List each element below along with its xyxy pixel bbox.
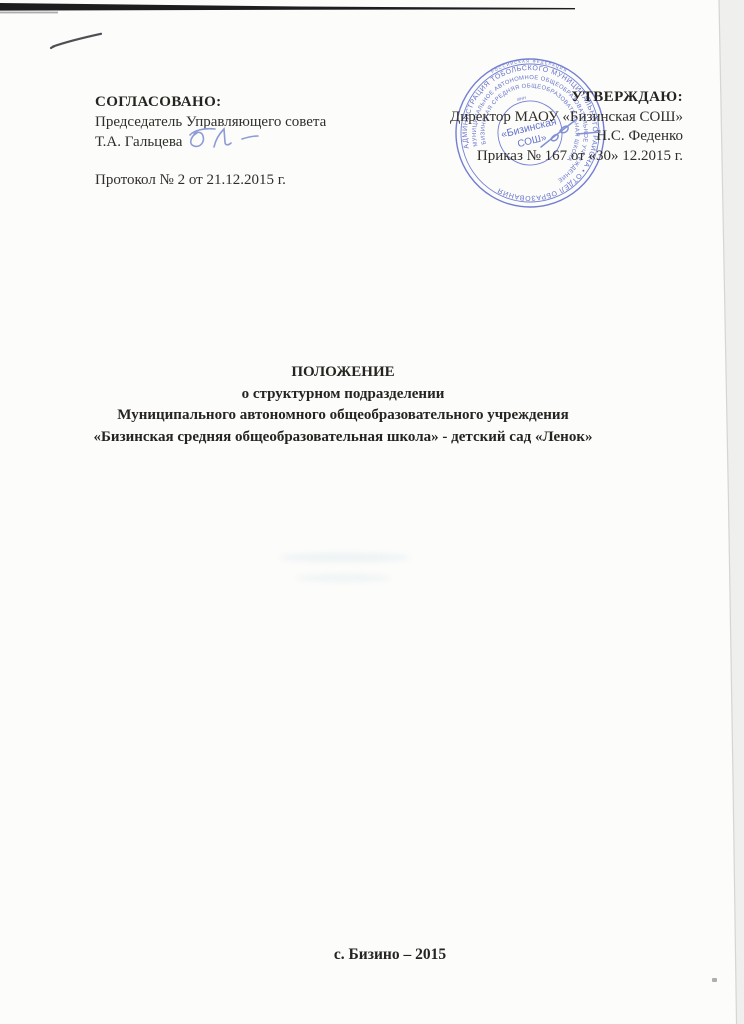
approval-role: Директор МАОУ «Бизинская СОШ» (353, 108, 683, 128)
approval-heading: УТВЕРЖДАЮ: (353, 88, 683, 108)
title-subtitle-1: о структурном подразделении (40, 384, 646, 406)
document-page: РОССИЙСКАЯ ФЕДЕРАЦИЯ АДМИНИСТРАЦИЯ ТОБОЛ… (0, 0, 744, 1024)
order-line: Приказ № 167 от «30» 12.2015 г. (353, 147, 683, 167)
paper-right-edge (719, 0, 737, 1024)
title-subtitle-2: Муниципального автономного общеобразоват… (40, 405, 646, 427)
place-year-line: с. Бизино – 2015 (240, 946, 540, 964)
protocol-line: Протокол № 2 от 21.12.2015 г. (95, 172, 286, 189)
dust-speck (712, 978, 717, 982)
approval-signatory-name: Н.С. Феденко (353, 127, 683, 147)
document-title-block: ПОЛОЖЕНИЕ о структурном подразделении Му… (40, 362, 646, 448)
ink-bleed-smudge (296, 574, 391, 582)
paper-right-edge-shadow (719, 0, 744, 1024)
pen-mark (51, 34, 101, 48)
approval-block: УТВЕРЖДАЮ: Директор МАОУ «Бизинская СОШ»… (353, 88, 683, 166)
ink-bleed-smudge (280, 553, 410, 562)
title-subtitle-3: «Бизинская средняя общеобразовательная ш… (40, 427, 646, 449)
scan-top-edge-secondary-line (0, 12, 58, 14)
scan-top-edge-line (0, 3, 575, 11)
document-title: ПОЛОЖЕНИЕ (40, 362, 646, 384)
